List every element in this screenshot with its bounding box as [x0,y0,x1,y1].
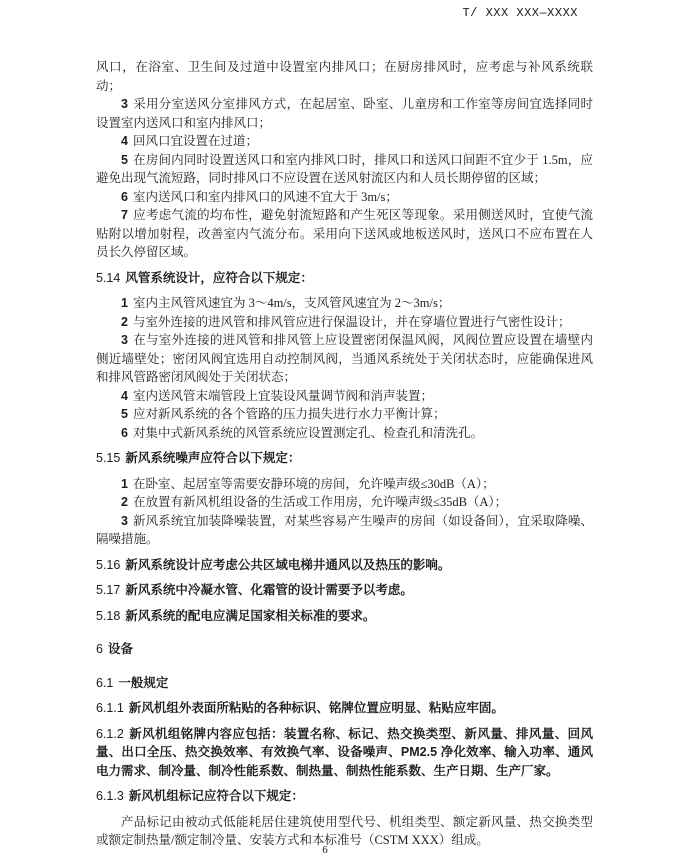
list-item: 6对集中式新风系统的风管系统应设置测定孔、检查孔和清洗孔。 [96,424,593,443]
item-number: 4 [121,134,128,148]
item-number: 2 [121,495,128,509]
chapter-number: 6 [96,642,103,656]
clause-number: 5.15 [96,451,120,465]
item-number: 6 [121,190,128,204]
item-text: 室内送风口和室内排风口的风速不宜大于 3m/s； [133,190,398,204]
clause-heading-6-1-3: 6.1.3新风机组标记应符合以下规定： [96,787,593,806]
item-text: 与室外连接的进风管和排风管应进行保温设计，并在穿墙位置进行气密性设计； [133,315,571,329]
page-number: 6 [0,844,650,856]
item-text: 在放置有新风机组设备的生活或工作用房，允许噪声级≤35dB（A）； [133,495,507,509]
clause-heading-6-1-1: 6.1.1新风机组外表面所粘贴的各种标识、铭牌位置应明显、粘贴应牢固。 [96,699,593,718]
clause-title: 新风系统中冷凝水管、化霜管的设计需要予以考虑。 [125,583,413,597]
item-text: 回风口宜设置在过道； [133,134,258,148]
clause-title: 新风系统噪声应符合以下规定： [125,451,300,465]
document-page: T/ XXX XXX—XXXX 风口，在浴室、卫生间及过道中设置室内排风口；在厨… [0,0,676,864]
list-item: 1室内主风管风速宜为 3～4m/s，支风管风速宜为 2～3m/s； [96,294,593,313]
item-number: 5 [121,407,128,421]
list-item: 5应对新风系统的各个管路的压力损失进行水力平衡计算； [96,405,593,424]
list-item: 1在卧室、起居室等需要安静环境的房间，允许噪声级≤30dB（A）； [96,475,593,494]
item-number: 1 [121,477,128,491]
document-body: 风口，在浴室、卫生间及过道中设置室内排风口；在厨房排风时，应考虑与补风系统联动；… [96,58,593,850]
section-number: 6.1 [96,676,113,690]
clause-title: 新风机组标记应符合以下规定： [129,789,304,803]
clause-heading-5-15: 5.15新风系统噪声应符合以下规定： [96,449,593,468]
item-number: 6 [121,426,128,440]
section-heading-6-1: 6.1一般规定 [96,674,593,693]
para-text: 风口，在浴室、卫生间及过道中设置室内排风口；在厨房排风时，应考虑与补风系统联动； [96,60,593,93]
item-text: 对集中式新风系统的风管系统应设置测定孔、检查孔和清洗孔。 [133,426,483,440]
item-number: 4 [121,389,128,403]
list-item: 3在与室外连接的进风管和排风管上应设置密闭保温风阀，风阀位置应设置在墙壁内侧近墙… [96,331,593,387]
item-text: 室内主风管风速宜为 3～4m/s，支风管风速宜为 2～3m/s； [133,296,450,310]
chapter-heading-6: 6设备 [96,640,593,659]
item-number: 5 [121,153,128,167]
item-text: 在房间内同时设置送风口和室内排风口时，排风口和送风口间距不宜少于 1.5m，应避… [96,153,593,186]
list-item: 7应考虑气流的均布性，避免射流短路和产生死区等现象。采用侧送风时，宜使气流贴附以… [96,206,593,262]
item-number: 3 [121,514,128,528]
clause-number: 6.1.1 [96,701,124,715]
item-text: 应考虑气流的均布性，避免射流短路和产生死区等现象。采用侧送风时，宜使气流贴附以增… [96,208,593,259]
standard-code-header: T/ XXX XXX—XXXX [462,6,578,20]
list-item: 4回风口宜设置在过道； [96,132,593,151]
list-item: 2在放置有新风机组设备的生活或工作用房，允许噪声级≤35dB（A）； [96,493,593,512]
item-text: 室内送风管末端管段上宜装设风量调节阀和消声装置； [133,389,433,403]
clause-title: 新风机组铭牌内容应包括：装置名称、标记、热交换类型、新风量、排风量、回风量、出口… [96,727,593,778]
item-number: 2 [121,315,128,329]
item-text: 在卧室、起居室等需要安静环境的房间，允许噪声级≤30dB（A）； [133,477,495,491]
list-item: 6室内送风口和室内排风口的风速不宜大于 3m/s； [96,188,593,207]
item-number: 1 [121,296,128,310]
clause-heading-5-14: 5.14风管系统设计，应符合以下规定： [96,269,593,288]
clause-number: 5.17 [96,583,120,597]
list-item: 5在房间内同时设置送风口和室内排风口时，排风口和送风口间距不宜少于 1.5m，应… [96,151,593,188]
clause-number: 5.18 [96,609,120,623]
section-title: 一般规定 [118,676,168,690]
list-item: 2与室外连接的进风管和排风管应进行保温设计，并在穿墙位置进行气密性设计； [96,313,593,332]
list-item: 3新风系统宜加装降噪装置，对某些容易产生噪声的房间（如设备间），宜采取降噪、隔噪… [96,512,593,549]
chapter-title: 设备 [108,642,133,656]
list-item: 3采用分室送风分室排风方式，在起居室、卧室、儿童房和工作室等房间宜选择同时设置室… [96,95,593,132]
item-text: 在与室外连接的进风管和排风管上应设置密闭保温风阀，风阀位置应设置在墙壁内侧近墙壁… [96,333,593,384]
clause-heading-5-17: 5.17新风系统中冷凝水管、化霜管的设计需要予以考虑。 [96,581,593,600]
clause-heading-5-16: 5.16新风系统设计应考虑公共区域电梯井通风以及热压的影响。 [96,556,593,575]
item-text: 采用分室送风分室排风方式，在起居室、卧室、儿童房和工作室等房间宜选择同时设置室内… [96,97,593,130]
item-number: 7 [121,208,128,222]
clause-number: 6.1.2 [96,727,124,741]
clause-title: 新风机组外表面所粘贴的各种标识、铭牌位置应明显、粘贴应牢固。 [129,701,504,715]
clause-heading-5-18: 5.18新风系统的配电应满足国家相关标准的要求。 [96,607,593,626]
para-text: 产品标记由被动式低能耗居住建筑使用型代号、机组类型、额定新风量、热交换类型或额定… [96,815,593,848]
list-item: 4室内送风管末端管段上宜装设风量调节阀和消声装置； [96,387,593,406]
clause-number: 6.1.3 [96,789,124,803]
item-text: 新风系统宜加装降噪装置，对某些容易产生噪声的房间（如设备间），宜采取降噪、隔噪措… [96,514,593,547]
clause-title: 新风系统设计应考虑公共区域电梯井通风以及热压的影响。 [125,558,450,572]
clause-number: 5.16 [96,558,120,572]
para-continuation: 风口，在浴室、卫生间及过道中设置室内排风口；在厨房排风时，应考虑与补风系统联动； [96,58,593,95]
item-text: 应对新风系统的各个管路的压力损失进行水力平衡计算； [133,407,446,421]
item-number: 3 [121,97,128,111]
clause-number: 5.14 [96,271,120,285]
clause-heading-6-1-2: 6.1.2新风机组铭牌内容应包括：装置名称、标记、热交换类型、新风量、排风量、回… [96,725,593,781]
clause-title: 新风系统的配电应满足国家相关标准的要求。 [125,609,375,623]
item-number: 3 [121,333,128,347]
clause-title: 风管系统设计，应符合以下规定： [125,271,313,285]
